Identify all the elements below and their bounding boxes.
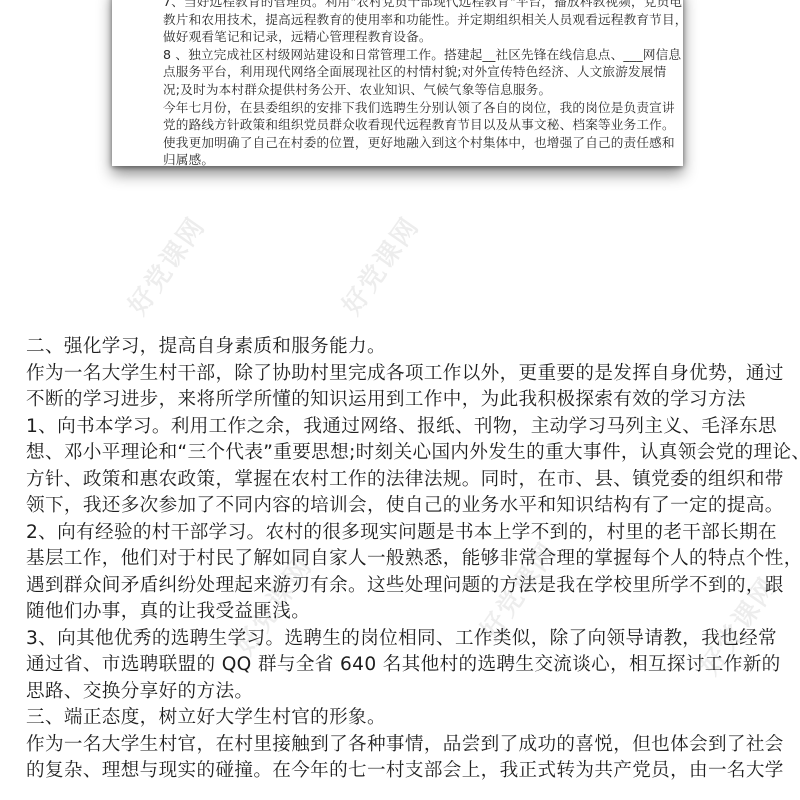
preview-line: 党的路线方针政策和组织党员群众收看现代远程教育节目以及从事文秘、档案等业务工作。	[163, 116, 678, 134]
body-line: 不断的学习进步，来将所学所懂的知识运用到工作中，为此我积极探索有效的学习方法	[26, 387, 786, 414]
preview-line: 7、当好远程教育的管理员。利用"农村党员干部现代远程教育"平台，播放科教视频，党…	[163, 0, 678, 11]
body-line: 遇到群众间矛盾纠纷处理起来游刃有余。这些处理问题的方法是我在学校里所学不到的，跟	[26, 573, 786, 600]
body-line: 的复杂、理想与现实的碰撞。在今年的七一村支部会上，我正式转为共产党员，由一名大学	[26, 758, 786, 785]
body-line: 思路、交换分享好的方法。	[26, 679, 786, 706]
preview-line: 使我更加明确了自己在村委的位置，更好地融入到这个村集体中，也增强了自己的责任感和	[163, 134, 678, 152]
preview-line: 归属感。	[163, 151, 678, 169]
preview-line: 点服务平台，利用现代网络全面展现社区的村情村貌;对外宣传特色经济、人文旅游发展情	[163, 63, 678, 81]
watermark-text: 好党课网	[118, 208, 213, 321]
body-line: 3、向其他优秀的选聘生学习。选聘生的岗位相同、工作类似，除了向领导请教，我也经常	[26, 626, 786, 653]
section-heading: 三、端正态度，树立好大学生村官的形象。	[26, 705, 786, 732]
preview-line: 况;及时为本村群众提供村务公开、农业知识、气候气象等信息服务。	[163, 81, 678, 99]
preview-text-block: 7、当好远程教育的管理员。利用"农村党员干部现代远程教育"平台，播放科教视频，党…	[163, 0, 678, 169]
body-line: 领下，我还多次参加了不同内容的培训会，使自己的业务水平和知识结构有了一定的提高。	[26, 493, 786, 520]
watermark-text: 好党课网	[332, 208, 427, 321]
body-line: 1、向书本学习。利用工作之余，我通过网络、报纸、刊物，主动学习马列主义、毛泽东思	[26, 414, 786, 441]
body-line: 通过省、市选聘联盟的 QQ 群与全省 640 名其他村的选聘生交流谈心，相互探讨…	[26, 652, 786, 679]
body-line: 随他们办事，真的让我受益匪浅。	[26, 599, 786, 626]
body-line: 作为一名大学生村官，在村里接触到了各种事情，品尝到了成功的喜悦，但也体会到了社会	[26, 732, 786, 759]
body-line: 作为一名大学生村干部，除了协助村里完成各项工作以外，更重要的是发挥自身优势，通过	[26, 361, 786, 388]
preview-line: 8 、独立完成社区村级网站建设和日常管理工作。搭建起__社区先锋在线信息点、__…	[163, 46, 678, 64]
body-line: 基层工作，他们对于村民了解如同自家人一般熟悉，能够非常合理的掌握每个人的特点个性…	[26, 546, 786, 573]
body-line: 2、向有经验的村干部学习。农村的很多现实问题是书本上学不到的，村里的老干部长期在	[26, 520, 786, 547]
document-body: 二、强化学习，提高自身素质和服务能力。 作为一名大学生村干部，除了协助村里完成各…	[26, 334, 786, 785]
preview-line: 今年七月份，在县委组织的安排下我们选聘生分别认领了各自的岗位，我的岗位是负责宣讲	[163, 99, 678, 117]
preview-line: 教片和农用技术，提高远程教育的使用率和功能性。并定期组织相关人员观看远程教育节目…	[163, 11, 678, 29]
body-line: 方针、政策和惠农政策，掌握在农村工作的法律法规。同时，在市、县、镇党委的组织和带	[26, 467, 786, 494]
preview-line: 做好观看笔记和记录，远精心管理程教育设备。	[163, 28, 678, 46]
section-heading: 二、强化学习，提高自身素质和服务能力。	[26, 334, 786, 361]
body-line: 想、邓小平理论和“三个代表”重要思想;时刻关心国内外发生的重大事件，认真领会党的…	[26, 440, 786, 467]
document-preview-card: 7、当好远程教育的管理员。利用"农村党员干部现代远程教育"平台，播放科教视频，党…	[112, 0, 683, 166]
